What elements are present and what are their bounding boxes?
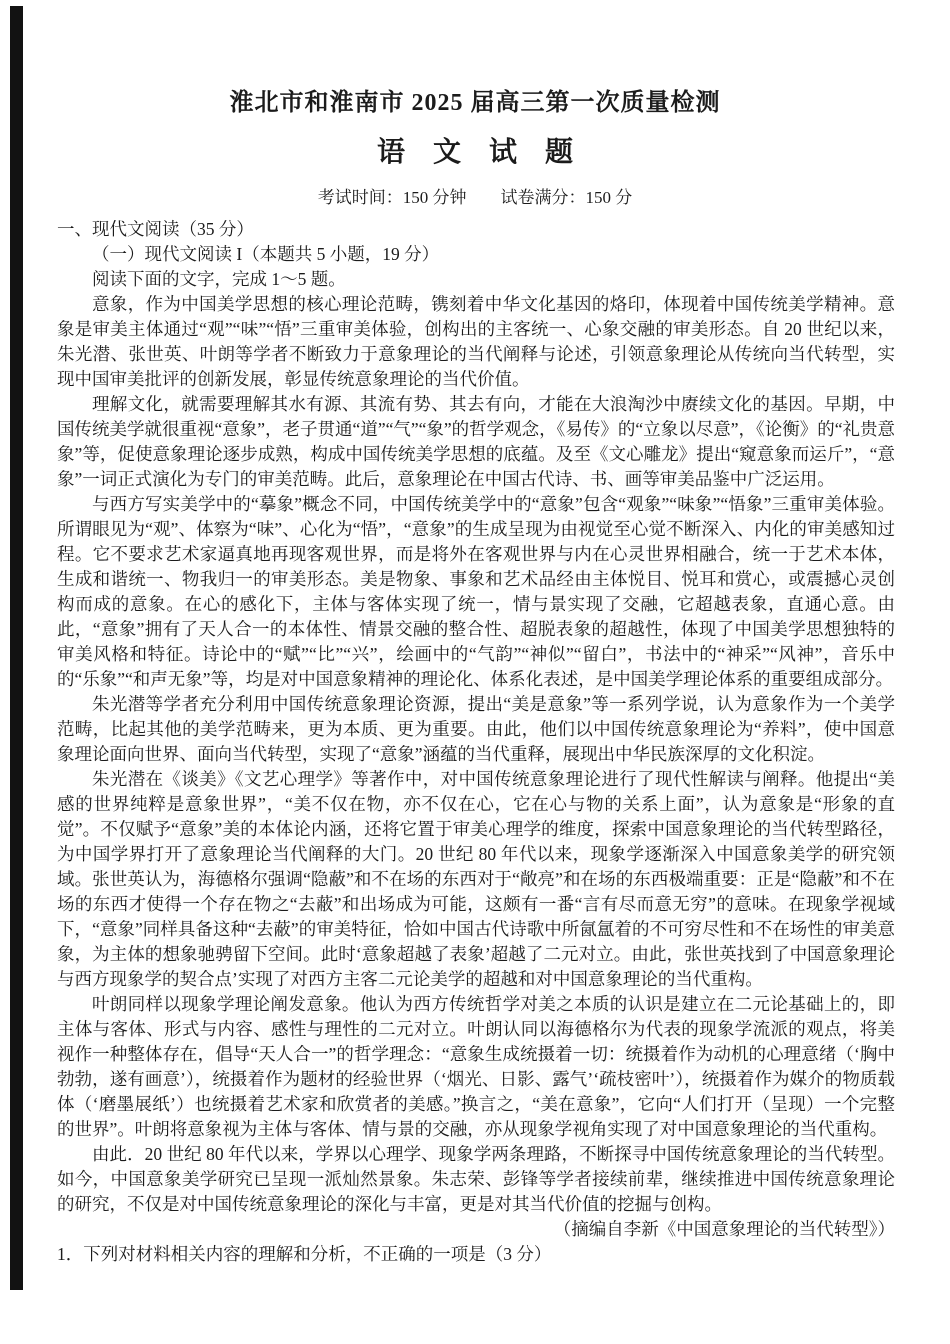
left-scan-artifact-bar <box>10 6 23 1290</box>
exam-paper-page: 淮北市和淮南市 2025 届高三第一次质量检测 语 文 试 题 考试时间：150… <box>0 0 950 1344</box>
reading-instruction: 阅读下面的文字，完成 1～5 题。 <box>57 267 895 292</box>
passage-attribution: （摘编自李新《中国意象理论的当代转型》） <box>57 1217 895 1242</box>
exam-subject-title: 语 文 试 题 <box>0 130 950 170</box>
subsection-heading-reading-1: （一）现代文阅读 I（本题共 5 小题，19 分） <box>57 242 895 267</box>
passage-paragraph: 叶朗同样以现象学理论阐发意象。他认为西方传统哲学对美之本质的认识是建立在二元论基… <box>57 992 895 1142</box>
passage-paragraph: 理解文化，就需要理解其水有源、其流有势、其去有向，才能在大浪淘沙中赓续文化的基因… <box>57 392 895 492</box>
section-heading-modern-reading: 一、现代文阅读（35 分） <box>57 217 895 242</box>
passage-paragraph: 与西方写实美学中的“摹象”概念不同，中国传统美学中的“意象”包含“观象”“味象”… <box>57 492 895 692</box>
passage-paragraph: 意象，作为中国美学思想的核心理论范畴，镌刻着中华文化基因的烙印，体现着中国传统美… <box>57 292 895 392</box>
passage-paragraph: 朱光潜等学者充分利用中国传统意象理论资源，提出“美是意象”等一系列学说，认为意象… <box>57 692 895 767</box>
question-1-stem: 1．下列对材料相关内容的理解和分析，不正确的一项是（3 分） <box>57 1242 895 1267</box>
exam-title: 淮北市和淮南市 2025 届高三第一次质量检测 <box>0 0 950 117</box>
exam-time-and-score-info: 考试时间：150 分钟 试卷满分：150 分 <box>0 183 950 208</box>
passage-paragraph: 朱光潜在《谈美》《文艺心理学》等著作中，对中国传统意象理论进行了现代性解读与阐释… <box>57 767 895 992</box>
exam-body: 一、现代文阅读（35 分） （一）现代文阅读 I（本题共 5 小题，19 分） … <box>0 217 950 1267</box>
passage-paragraph: 由此．20 世纪 80 年代以来，学界以心理学、现象学两条理路，不断探寻中国传统… <box>57 1142 895 1217</box>
passage-paragraphs: 意象，作为中国美学思想的核心理论范畴，镌刻着中华文化基因的烙印，体现着中国传统美… <box>57 292 895 1217</box>
